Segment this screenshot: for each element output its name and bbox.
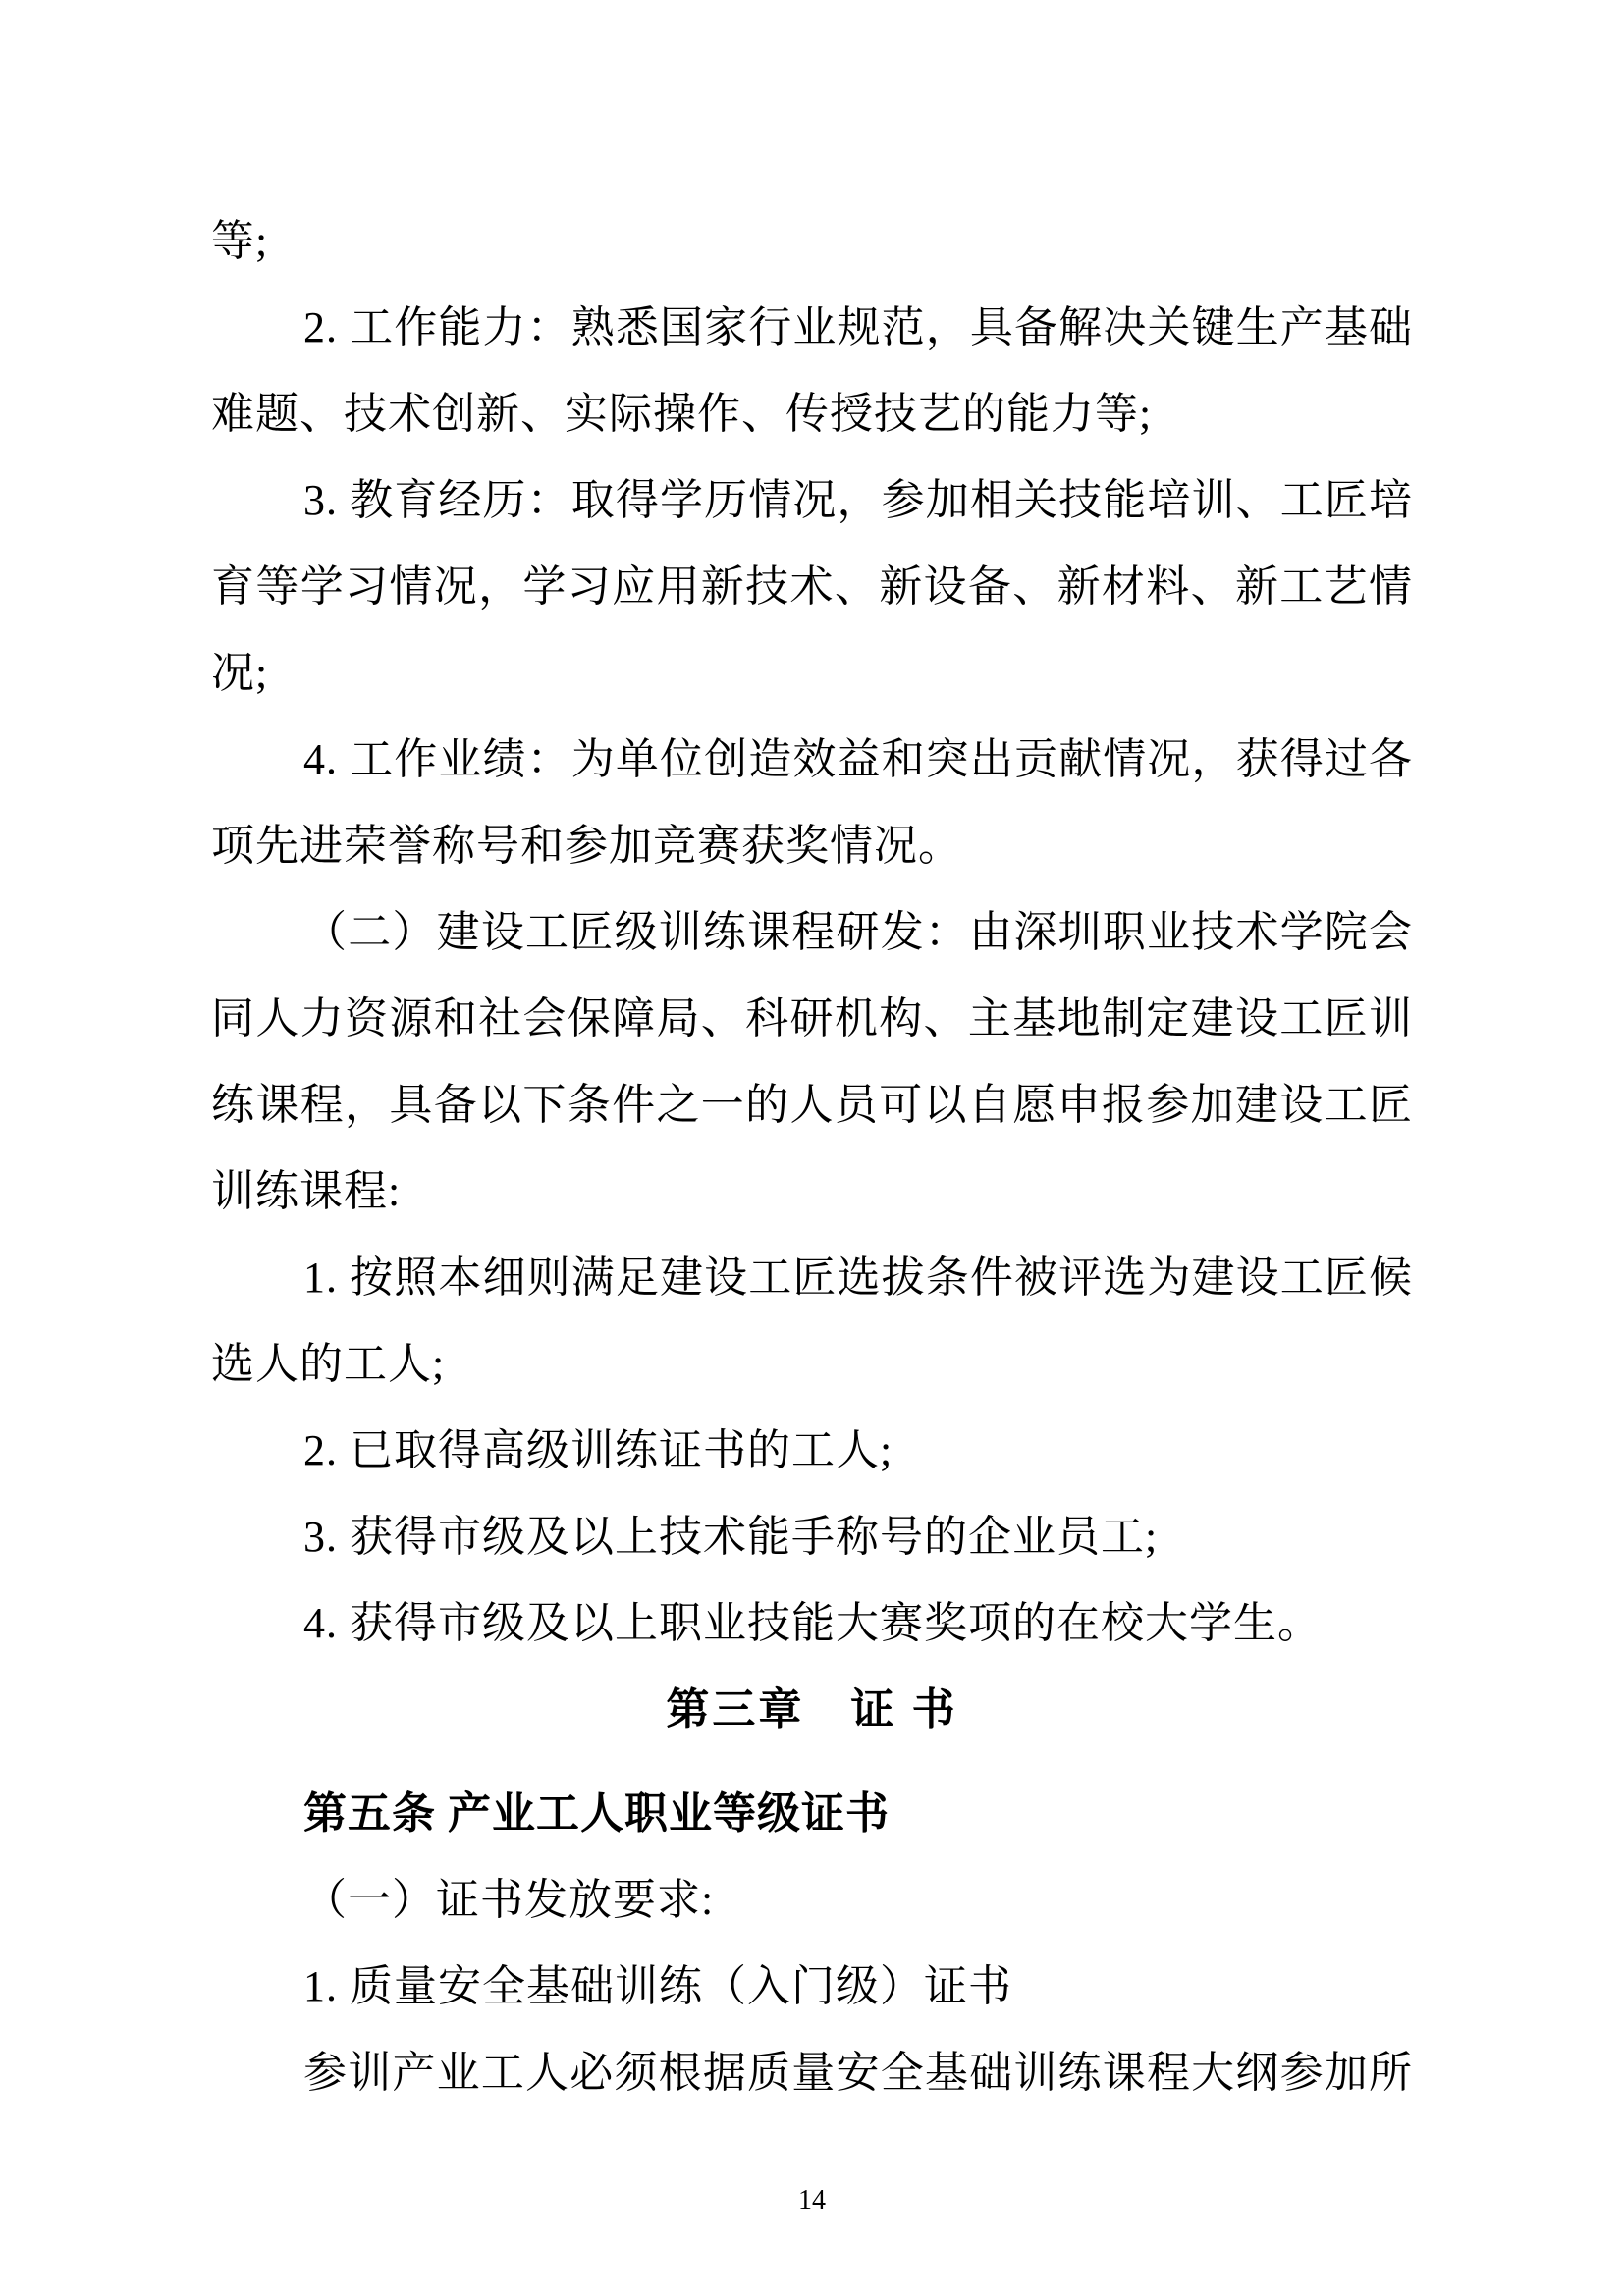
chapter-heading: 第三章 证 书 xyxy=(211,1667,1413,1753)
text-line: （一）证书发放要求: xyxy=(211,1857,1413,1944)
text-line: 2. 工作能力：熟悉国家行业规范，具备解决关键生产基础 xyxy=(211,285,1413,371)
text-line: 3. 获得市级及以上技术能手称号的企业员工; xyxy=(211,1494,1413,1580)
text-line: 况; xyxy=(211,630,1413,717)
text-line: 同人力资源和社会保障局、科研机构、主基地制定建设工匠训 xyxy=(211,976,1413,1062)
text-line: 1. 质量安全基础训练（入门级）证书 xyxy=(211,1944,1413,2030)
text-line: 项先进荣誉称号和参加竞赛获奖情况。 xyxy=(211,803,1413,889)
text-line: 参训产业工人必须根据质量安全基础训练课程大纲参加所 xyxy=(211,2030,1413,2116)
text-line: 1. 按照本细则满足建设工匠选拔条件被评选为建设工匠候 xyxy=(211,1235,1413,1321)
text-line: 2. 已取得高级训练证书的工人; xyxy=(211,1408,1413,1494)
page-number: 14 xyxy=(0,2183,1624,2218)
text-line: 选人的工人; xyxy=(211,1321,1413,1408)
text-line: 练课程，具备以下条件之一的人员可以自愿申报参加建设工匠 xyxy=(211,1062,1413,1148)
text-line: 育等学习情况，学习应用新技术、新设备、新材料、新工艺情 xyxy=(211,544,1413,630)
text-line: 难题、技术创新、实际操作、传授技艺的能力等; xyxy=(211,371,1413,457)
text-line: （二）建设工匠级训练课程研发：由深圳职业技术学院会 xyxy=(211,889,1413,976)
article-heading: 第五条 产业工人职业等级证书 xyxy=(211,1771,1413,1857)
document-page: 等;2. 工作能力：熟悉国家行业规范，具备解决关键生产基础难题、技术创新、实际操… xyxy=(0,0,1624,2296)
text-line: 4. 获得市级及以上职业技能大赛奖项的在校大学生。 xyxy=(211,1580,1413,1667)
text-line: 4. 工作业绩：为单位创造效益和突出贡献情况，获得过各 xyxy=(211,717,1413,803)
text-line: 等; xyxy=(211,198,1413,285)
document-body: 等;2. 工作能力：熟悉国家行业规范，具备解决关键生产基础难题、技术创新、实际操… xyxy=(211,198,1413,2116)
text-line: 3. 教育经历：取得学历情况，参加相关技能培训、工匠培 xyxy=(211,457,1413,544)
text-line: 训练课程: xyxy=(211,1148,1413,1235)
